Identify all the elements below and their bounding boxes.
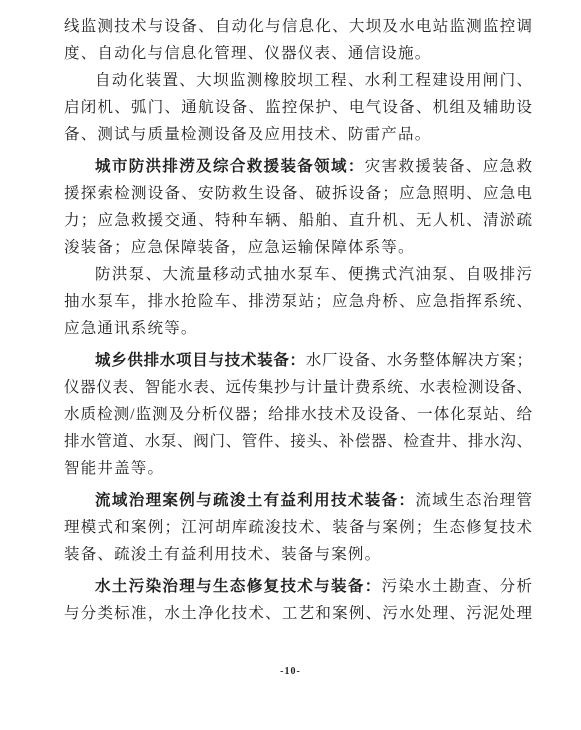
paragraph-pollution-ecological-restoration: 水土污染治理与生态修复技术与装备：污染水土勘查、分析 与分类标准，水土净化技术、… (64, 573, 532, 627)
text-line: 装备、疏浚土有益利用技术、装备与案例。 (64, 541, 532, 568)
text-line: 度、自动化与信息化管理、仪器仪表、通信设施。 (64, 40, 532, 67)
text-line: 智能井盖等。 (64, 455, 532, 482)
text-line: 水土污染治理与生态修复技术与装备：污染水土勘查、分析 (64, 573, 532, 600)
section-heading: 城市防洪排涝及综合救援装备领域： (95, 158, 365, 175)
paragraph-automation-equipment: 自动化装置、大坝监测橡胶坝工程、水利工程建设用闸门、 启闭机、弧门、通航设备、监… (64, 67, 532, 148)
text-line: 备、测试与质量检测设备及应用技术、防雷产品。 (64, 121, 532, 148)
heading-line-text: 污染水土勘查、分析 (382, 578, 532, 595)
text-line: 自动化装置、大坝监测橡胶坝工程、水利工程建设用闸门、 (64, 67, 532, 94)
document-body: 线监测技术与设备、自动化与信息化、大坝及水电站监测监控调 度、自动化与信息化管理… (64, 13, 532, 627)
paragraph-urban-flood-rescue: 城市防洪排涝及综合救援装备领域：灾害救援装备、应急救 援探索检测设备、安防救生设… (64, 153, 532, 261)
text-line: 启闭机、弧门、通航设备、监控保护、电气设备、机组及辅助设 (64, 94, 532, 121)
page-number: -10- (0, 666, 581, 677)
text-line: 防洪泵、大流量移动式抽水泵车、便携式汽油泵、自吸排污 (64, 261, 532, 288)
heading-line-text: 灾害救援装备、应急救 (365, 158, 532, 175)
section-heading: 城乡供排水项目与技术装备： (95, 352, 306, 369)
text-line: 排水管道、水泵、阀门、管件、接头、补偿器、检查井、排水沟、 (64, 428, 532, 455)
text-line: 流域治理案例与疏浚土有益利用技术装备：流域生态治理管 (64, 487, 532, 514)
text-line: 仪器仪表、智能水表、远传集抄与计量计费系统、水表检测设备、 (64, 374, 532, 401)
text-line: 抽水泵车，排水抢险车、排涝泵站；应急舟桥、应急指挥系统、 (64, 288, 532, 315)
paragraph-water-supply-drainage: 城乡供排水项目与技术装备：水厂设备、水务整体解决方案； 仪器仪表、智能水表、远传… (64, 347, 532, 482)
heading-line-text: 流域生态治理管 (415, 492, 532, 509)
text-line: 应急通讯系统等。 (64, 315, 532, 342)
heading-line-text: 水厂设备、水务整体解决方案； (306, 352, 532, 369)
text-line: 水质检测/监测及分析仪器；给排水技术及设备、一体化泵站、给 (64, 401, 532, 428)
section-heading: 水土污染治理与生态修复技术与装备： (95, 578, 382, 595)
text-line: 线监测技术与设备、自动化与信息化、大坝及水电站监测监控调 (64, 13, 532, 40)
text-line: 理模式和案例；江河胡库疏浚技术、装备与案例；生态修复技术 (64, 514, 532, 541)
text-line: 城乡供排水项目与技术装备：水厂设备、水务整体解决方案； (64, 347, 532, 374)
text-line: 力；应急救援交通、特种车辆、船舶、直升机、无人机、清淤疏 (64, 207, 532, 234)
paragraph-flood-pumps: 防洪泵、大流量移动式抽水泵车、便携式汽油泵、自吸排污 抽水泵车，排水抢险车、排涝… (64, 261, 532, 342)
text-line: 与分类标准，水土净化技术、工艺和案例、污水处理、污泥处理 (64, 600, 532, 627)
text-line: 浚装备；应急保障装备，应急运输保障体系等。 (64, 234, 532, 261)
paragraph-monitoring-continuation: 线监测技术与设备、自动化与信息化、大坝及水电站监测监控调 度、自动化与信息化管理… (64, 13, 532, 67)
document-page: 线监测技术与设备、自动化与信息化、大坝及水电站监测监控调 度、自动化与信息化管理… (0, 0, 581, 730)
section-heading: 流域治理案例与疏浚土有益利用技术装备： (95, 492, 415, 509)
text-line: 援探索检测设备、安防救生设备、破拆设备；应急照明、应急电 (64, 180, 532, 207)
paragraph-basin-governance-dredging: 流域治理案例与疏浚土有益利用技术装备：流域生态治理管 理模式和案例；江河胡库疏浚… (64, 487, 532, 568)
text-line: 城市防洪排涝及综合救援装备领域：灾害救援装备、应急救 (64, 153, 532, 180)
